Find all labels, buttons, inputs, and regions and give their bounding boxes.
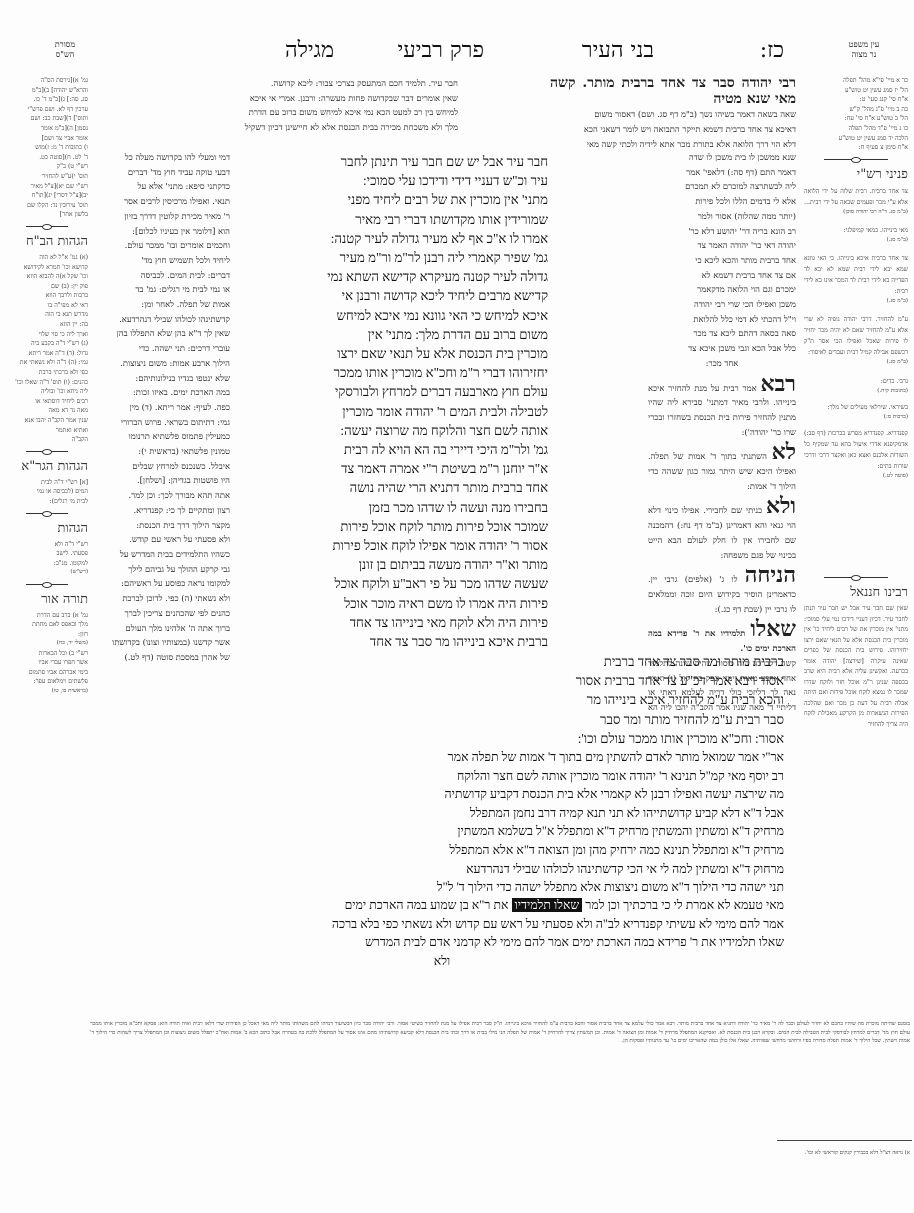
rashi-line: במה הארכת ימים. באיזו זכות: — [92, 385, 230, 400]
gemara-line: שעשה שדהו מכר על פי ראב"ע ולוקח אוכל — [236, 574, 548, 593]
rashi-line: רצון ומתקיים לך כי: קפנדריא. — [92, 503, 230, 518]
pninei-rashi-block: צד אחד ברבית. רבית שלוה על ידי הלואה אלא… — [804, 186, 908, 481]
tosafot-entry-raba: רבא אמר רבית על מנת להחזיר איכא בינייהו.… — [648, 373, 796, 440]
ein-mishpat-entry: כד א מיי' פי"א מהל' תפלה — [804, 76, 908, 86]
gemara-line: מרחיק ד"א ומתפלל תנינא כמה ירחיק מהן ומן… — [236, 841, 784, 860]
torah-or-entry: רש"י ב) וכל הבארות — [6, 649, 88, 659]
tosafot-entry-la: לא השתנתי בתוך ד' אמות של תפלה. ואפילו ה… — [648, 441, 796, 493]
masoret-entry: יב)[צ"ל דסרי] יג)[תו"ח — [6, 191, 88, 201]
tosafot-line: שנא ממשכן לו בית משכן לו שדה — [648, 150, 796, 165]
lead-word: רבא — [760, 371, 796, 397]
tosafot-entry-shaalu: שאלו תלמידיו את ר' פרידא במה הארכת ימים … — [648, 618, 796, 655]
gemara-line: והכא רבית ע"מ להחזיר איכא בינייהו מר — [472, 690, 784, 709]
gemara-line: משום ברוב עם הדרת מלך: מתני' אין — [236, 325, 548, 344]
tractate-name: מגילה — [285, 38, 334, 68]
rashi-line: תנאי. ואפילו מרכיסין לרבים אסר — [92, 194, 230, 209]
gemara-line: אסור: וחכ"א מוכרין אותו ממכר עולם וכו': — [472, 729, 784, 748]
bach-entry: (א) גמ' א"ל לא הוה — [6, 253, 88, 263]
source-ref: (ב"מ סג.) — [804, 358, 908, 367]
rashi-line: קדשתינהו לכולהו שבילי דנהרדעא. — [92, 312, 230, 327]
masoret-entry: תוס' עירובין נד: הקלו שם — [6, 201, 88, 211]
rashi-line: ולא פסעתי על ראשי עם קודש. — [92, 532, 230, 547]
tosafot-line: שאה בשאה דאמר בשיהו נשך (ב"מ דף סג. ושם)… — [550, 107, 796, 122]
rashi-line: ליחיד ולכל תשמיש חוץ מד' — [92, 253, 230, 268]
lead-word: לא — [772, 439, 796, 465]
rabbeinu-chananel-title: רבינו חננאל — [804, 584, 908, 602]
source-ref: (ב"מ סג. ד"ה רבי יהודה סוכן) — [804, 208, 908, 217]
rashi-line: למקומו נראה כפוסע על ראשיהם: — [92, 576, 230, 591]
gemara-line: מוכרין בית הכנסת אלא על תנאי שאם ירצו — [236, 344, 548, 363]
rashi-line: ר' מאיר מכירת קלוטין דדרך בזיון — [92, 209, 230, 224]
tosafot-column: שנא ממשכן לו בית משכן לו שדה דאמר התם (ד… — [648, 150, 796, 710]
tosafot-line: ליה לכשתרצה למוכרם לא תמכרם — [648, 179, 796, 194]
rashi-line: אמות של תפלה. לאחר ומן: — [92, 297, 230, 312]
hagahot-entry: למקומו. מג"ב: — [6, 559, 88, 569]
tosafot-line: דאמר התם (דף סה:) דלאפי' אמר — [648, 165, 796, 180]
bach-entry: רבים ליחיד דוסתאי או — [6, 397, 88, 407]
pninei-rashi-entry: צד אחד ברבית איכא בינייהו. כי האי גוונא … — [804, 253, 908, 297]
gemara-line: ולא — [100, 952, 784, 971]
gemara-line: חבר עיר אבל יש שם חבר עיר תינתן לחבר — [236, 152, 548, 171]
ornament-divider — [26, 451, 68, 452]
bach-entry: פוק יין: (ב) שם — [6, 282, 88, 292]
rashi-top: חבר עיר. תלמיד חכם המתעסק בצרכי צבור: לי… — [92, 76, 458, 153]
rashi-line: גבי קרקע ההולך על גביהם לילך — [92, 562, 230, 577]
gemara-line: שמורידין אותו מקדושתו דברי רבי מאיר — [236, 210, 548, 229]
perek-title: פרק רביעי — [398, 38, 485, 68]
rashi-line: ברוך אתה ה' אלהינו מלך העולם — [92, 621, 230, 636]
source-ref: (ברכות ס:) — [804, 413, 908, 422]
masoret-entry: בלשון אחר] — [6, 210, 88, 220]
pninei-rashi-title: פניני רש"י — [804, 166, 908, 184]
ein-mishpat-title: עין משפט נר מצוה — [824, 40, 904, 60]
gemara-line-highlighted: מאי טעמא לא אמרת לי כי ברכתיך וכן למר שא… — [100, 896, 784, 915]
tosafot-line: רב הונא בריה דר' יהושע דלא כר' — [648, 224, 796, 239]
gemara-line: לטבילה ולבית המים ר' יהודה אומר מוכרין — [236, 402, 548, 421]
bach-entry: בה: יין הוזא — [6, 320, 88, 330]
bach-entry: קדושא וכו' חמרא לקידושא — [6, 263, 88, 273]
rashi-line: כפה. לעיף: אמר ריתא. (ד) מין — [92, 400, 230, 415]
gemara-line: אותה לשם חצר והלוקח מה שרוצה יעשה: — [236, 421, 548, 440]
bach-entry: ליה ניחא וכו' ובוליה — [6, 387, 88, 397]
torah-or-entry: רזון: — [6, 630, 88, 640]
rashi-line: כהנים לפי שהכהנים צריכין לברך — [92, 606, 230, 621]
tosafot-line: אלא לי בדמים הללו ולכל פירות — [648, 194, 796, 209]
tosafot-entry-vela: ולא כניתי שם לחבירי. אפילו כינוי דלא הוי… — [648, 495, 796, 562]
hagahot-habach-title: הגהות הב"ח — [6, 233, 88, 251]
torah-or-entry: גמ' א) ברב עם הדרת — [6, 611, 88, 621]
rashi-line: שלא ינטפו בגדיו בנילונותיהם: — [92, 371, 230, 386]
ein-mishpat-block: כד א מיי' פי"א מהל' תפלה הל' יז סמג עשין… — [804, 76, 908, 153]
gemara-line: א"ר יוחנן ר"מ בשיטת ר"י אמרה דאמר צד — [236, 459, 548, 478]
hagahot-entry: רש"י ד"ה ולא — [6, 540, 88, 550]
tosafot-line: כלל אבל הכא וגבי משכן איכא צד — [648, 341, 796, 356]
lead-word: ולא — [766, 493, 796, 519]
ein-mishpat-entry: כה ב מיי' פ"ג מהל' ק"ש — [804, 105, 908, 115]
rashi-line: שאין אומרים דבר שבקדושה פחות מעשרה: ורבנ… — [92, 91, 458, 106]
torah-or-block: גמ' א) ברב עם הדרת מלך ובאפס לאם מחתת רז… — [6, 611, 88, 697]
bach-entry: דאי לא מפי"ה בו — [6, 301, 88, 311]
masoret-entry: ערכין דף לא. ושם פרש"י — [6, 105, 88, 115]
torah-or-entry: אשר חפרו עבדי אביו — [6, 658, 88, 668]
bach-entry: גמי: (ה) ד"ה ולא נשאתי את — [6, 358, 88, 368]
gemara-line: יחזירוהו דברי ר"מ וחכ"א מוכרין אותו ממכר — [236, 363, 548, 382]
ornament-divider — [824, 159, 888, 160]
rashi-line: דבעי טוקה עביד חוץ מד' דברים — [92, 165, 230, 180]
tosafot-line: וי"ל דהכתי לא דמי כלל להלואת — [648, 312, 796, 327]
source-ref: (ב"מ סג.) — [804, 297, 908, 306]
ein-mishpat-entry: הל' יז סמג עשין יט טוש"ע — [804, 86, 908, 96]
rashi-line: וחכמים אומרים ובו' ממכר עולם. — [92, 238, 230, 253]
gemara-text: את ר"א בן שמוע במה הארכת ימים — [345, 898, 509, 912]
tosafot-line: אחד מכר: — [648, 356, 796, 371]
tosafot-line: רבי יהודה סבר צד אחד ברבית מותר. קשה מאי… — [550, 76, 796, 107]
rabbeinu-chananel-text: שאין שם חבר עיר אבל יש חבר עיר תנתן לחבר… — [804, 604, 908, 730]
footnotes: בזמנם שהיתה מוכרת מה שיהיו בחכם לא יחזיר… — [90, 1020, 910, 1046]
gemara-line: קדישא מרבים ליחיד ליכא קדושה ורבנן אי — [236, 286, 548, 305]
gemara-line: מתני' אין מוכרין את של רבים ליחיד מפני — [236, 190, 548, 209]
gemara-line: אסור רבא אמר דכ"ע צד אחד ברבית אסור — [472, 671, 784, 690]
rashi-line: או נמי לבית מי רגלים: גמ' בד — [92, 282, 230, 297]
gemara-line: איכא למיחש כי האי גוונא נמי איכא למיחש — [236, 306, 548, 325]
ein-mishpat-entry: א"ח סימן צ סעיף ח: — [804, 143, 908, 153]
torah-or-entry: בימי אברהם אביו סתמום — [6, 668, 88, 678]
masoret-entry: גמ' א)[גירסת הס"ה — [6, 76, 88, 86]
masoret-entry: נסמן] ה)[ב"מ אומר — [6, 124, 88, 134]
lead-word: שאלו — [750, 616, 796, 642]
gemara-line: עיר וכ"ש דעניי דידי ודידכו עלי סמוכי: — [236, 171, 548, 190]
ein-mishpat-entry: כו ג מיי' פ"ד מהל' תפלה — [804, 124, 908, 134]
gemara-line: פירות היה אמרו לו משם ראיה מוכר אוכל — [236, 594, 548, 613]
bach-entry: הקב"ה — [6, 435, 88, 445]
tosafot-line: משכן ואפילו הכי שרי רבי יהודה — [648, 297, 796, 312]
gra-entry: המים (לכביסה או נמי — [6, 487, 88, 497]
masoret-header: מסורת הש"ס — [30, 40, 100, 70]
gemara-full-width: מאי טעמא לא אמרת לי כי ברכתיך וכן למר שא… — [100, 896, 784, 1016]
source-ref: (סוטה לט.) — [804, 472, 908, 481]
tosafot-line: דאיכא צד אחד ברבית דשמא תייקר התבואה ויש… — [550, 122, 796, 137]
tosafot-line: ימכרם וגם הוי הלואה מדקאמר — [648, 282, 796, 297]
gemara-line: ברבית מותר ומר סבר צד אחד ברבית — [472, 652, 784, 671]
hagahot-entry: פסעתי. לישב — [6, 549, 88, 559]
masoret-entry: אומר אביי צד ושם] — [6, 134, 88, 144]
tosafot-line: יהודה דאי כר' יהודה האמר צד — [648, 238, 796, 253]
lead-word: הניחה — [745, 562, 796, 588]
tosafot-line: אחד ברבית מותר והכא ליכא כי — [648, 253, 796, 268]
tosafot-top: רבי יהודה סבר צד אחד ברבית מותר. קשה מאי… — [550, 76, 796, 153]
masoret-entry: רש"י ט) ב"ק — [6, 162, 88, 172]
gemara-line: עולם חוץ מארבעה דברים למרחץ ולבורסקי — [236, 382, 548, 401]
masoret-entry: ו) כתובות ד' מ: ז)מוש — [6, 143, 88, 153]
masoret-entry: ותוס'] ד)[שבת כב: ושם — [6, 114, 88, 124]
source-ref: (רש"ש) — [6, 568, 88, 577]
masoret-entry: סג. סה:] ג)[ב"מ ד' כו. — [6, 95, 88, 105]
gemara-line: אבל ד"א דלא קביע קדושתייהו לא תני תנא קמ… — [236, 804, 784, 823]
pninei-rashi-entry: בשיראי. שירלאי מעילים של מלך: — [804, 402, 908, 413]
masoret-entry: תוס' י)ע"ש להחזיר — [6, 172, 88, 182]
rashi-line: אשר קדשנו (במצותיו וצונו) בקדושתו — [92, 635, 230, 650]
tosafot-line: אם צד אחד ברבית דשמא לא — [648, 268, 796, 283]
bach-entry: גדול: (ד) ד"ה אמר ריתא — [6, 349, 88, 359]
gemara-line: ברבית איכא בינייהו מר סבר צד אחד — [236, 632, 548, 651]
highlighted-phrase[interactable]: שאלו תלמידיו — [512, 898, 583, 912]
gemara-line: מרחוק ד"א ומשתין למה לי אי הכי קדשתינהו … — [236, 860, 784, 879]
bach-entry: כהנים: (ו) תוס' ד"ה שאלו וכו' — [6, 378, 88, 388]
hagahot-hagra-block: [א] רש"י ד"ה לבית המים (לכביסה או נמי לב… — [6, 478, 88, 507]
rashi-line: מלך ולא משכחת מכירה בבית הכנסת אלא לא חי… — [92, 120, 458, 135]
torah-or-title: תורה אור — [6, 591, 88, 609]
gemara-line: מה שירצה יעשה ואפילו רבנן לא קאמרי אלא ב… — [236, 785, 784, 804]
gemara-line: אחד ברבית מותר דתניא הרי שהיה נושה — [236, 478, 548, 497]
rashi-line: הילוך ארבע אמות: משום ניצוצות. — [92, 356, 230, 371]
bach-entry: וארך ליה כי סוי שלוי — [6, 330, 88, 340]
gemara-line: אר"י אמר שמואל מותר לאדם להשתין מים בתוך… — [236, 748, 784, 767]
gemara-line: אמר להם מימי לא עשיתי קפנדריא לב"ה ולא פ… — [100, 915, 784, 934]
masoret-hashas-block: גמ' א)[גירסת הס"ה והרא"ש יהודה] ב)[ב"מ ס… — [6, 76, 88, 220]
gemara-line: מותר וא"ר יהודה מעשה בביתום בן זונן — [236, 555, 548, 574]
gemara-line: גמ' ולר"מ היכי דיירי בה הא הויא לה רבית — [236, 440, 548, 459]
ornament-divider — [26, 584, 68, 585]
rashi-line: כדקתני סיפא: מתני' אלא על — [92, 179, 230, 194]
ein-mishpat-entry: הלכה יד סמג עשין יט טוש"ע — [804, 134, 908, 144]
rashi-line: טמונין פלשתאי (בראשית י): — [92, 444, 230, 459]
source-ref: (בראשית כו, טו) — [6, 687, 88, 696]
bach-entry: ברבות ולרבך הוזא — [6, 291, 88, 301]
bach-entry: מדרש תגא בי הוה — [6, 310, 88, 320]
rashi-column: דמי ומעלי להו בקדושה מעלה כל דבעי טוקה ע… — [92, 150, 230, 680]
ornament-divider — [26, 513, 68, 514]
rashi-line: למיחש בין רב למעט הכא נמי איכא למיחש משו… — [92, 105, 458, 120]
bach-entry: מאה נד דא מאה — [6, 406, 88, 416]
gemara-line: גמ' שפיר קאמרי ליה רבנן לר"מ ור"מ מעיר — [236, 248, 548, 267]
pninei-rashi-entry: גרבי. כדים: — [804, 376, 908, 387]
source-ref: (ב"מ סג.) — [804, 236, 908, 245]
masoret-entry: ד' לט. ח)[סוטה כט. — [6, 153, 88, 163]
rashi-line: של אהרן במסכת סוטה (דף לט.) — [92, 650, 230, 665]
chapter-name: בני העיר — [582, 38, 654, 68]
pninei-rashi-entry: צד אחד ברבית. רבית שלוה על ידי הלואה אלא… — [804, 186, 908, 208]
rashi-line: עוברי דרכים: תני ישהה. כדי — [92, 341, 230, 356]
gemara-line: פירות היה ולא לוקח מאי בינייהו צד אחד — [236, 613, 548, 632]
rashi-line: שאין לך ד"א בהן שלא התפללו בהן — [92, 326, 230, 341]
ein-mishpat-header: עין משפט נר מצוה — [824, 40, 904, 70]
tosafot-entry-heniha: הניחה לו ג' (אלפים) גרבי יין. כדאמרינן ה… — [648, 564, 796, 616]
gemara-column: חבר עיר אבל יש שם חבר עיר תינתן לחבר עיר… — [236, 152, 548, 652]
hagahot-title: הגהות — [6, 520, 88, 538]
gemara-line: סבר רבית ע"מ להחזיר מותר ומר סבר — [472, 710, 784, 729]
ornament-divider — [26, 226, 68, 227]
pninei-rashi-entry: ע"מ להחזיר. דרבי יהודה גופיה לא שרי אלא … — [804, 314, 908, 358]
rashi-line: ולא נשאתי (ה) כפי. לדוכן לברכת — [92, 591, 230, 606]
rashi-line: היו פושטות בגדיהן: [ושלחן]. — [92, 473, 230, 488]
bach-entry: כפי ולא ברכתי ברבת — [6, 368, 88, 378]
hagahot-block: רש"י ד"ה ולא פסעתי. לישב למקומו. מג"ב: (… — [6, 540, 88, 578]
rashi-line: כמעילין פתמוס פלשתיא תרנומו — [92, 429, 230, 444]
footnote-divider — [777, 1140, 912, 1141]
gemara-line: גדולה לעיר קטנה מעיקרא קדישא השתא נמי — [236, 267, 548, 286]
gemara-line: מרחיק ד"א ומשתין והמשתין מרחיק ד"א ומתפל… — [236, 822, 784, 841]
source-ref: (משלי יד, כח) — [6, 639, 88, 648]
footnote-last: א) נראה דצ"ל דלא בכבירין קנקים קוראשי לא… — [600, 1150, 910, 1156]
masoret-title: מסורת הש"ס — [30, 40, 100, 60]
rashi-line: אתה תהא מבורך לכך: וכן למר. — [92, 488, 230, 503]
left-margin: גמ' א)[גירסת הס"ה והרא"ש יהודה] ב)[ב"מ ס… — [6, 76, 88, 996]
gemara-line: אסור ר' יהודה אומר אפילו לוקח אוכל פירות — [236, 536, 548, 555]
bach-entry: שנין אמר הקב"ה יהבו אנא — [6, 416, 88, 426]
rashi-line: גמי: דתיתום בשראי. פרוש הברורי — [92, 415, 230, 430]
bach-entry: ואתיא ואתמר — [6, 426, 88, 436]
tosafot-dibbur: רבי יהודה סבר צד אחד ברבית מותר. קשה מאי… — [550, 76, 796, 107]
source-ref: (כתובות קיח.) — [804, 387, 908, 396]
torah-or-entry: מלך ובאפס לאם מחתת — [6, 620, 88, 630]
gemara-line: אמרו לו א"כ אף לא מעיר גדולה לעיר קטנה: — [236, 229, 548, 248]
rashi-line: איבלל. כשנכנס למרחץ שבלים — [92, 459, 230, 474]
rashi-line: דמי ומעלי להו בקדושה מעלה כל — [92, 150, 230, 165]
gemara-line: רב יוסף מאי קמ"ל תנינא ר' יהודה אומר מוכ… — [236, 767, 784, 786]
bach-entry: (ג) רש"י ד"ה בקבע ביה — [6, 339, 88, 349]
rashi-line: חבר עיר. תלמיד חכם המתעסק בצרכי צבור: לי… — [92, 76, 458, 91]
rashi-line: הוא [דלומר אין בעיניו לכלום]: — [92, 224, 230, 239]
rashi-line: דברים: לבית המים. לכביסה — [92, 268, 230, 283]
tosafot-line: סאה בסאה דהתם ליכא צד מכר — [648, 326, 796, 341]
gemara-text: מאי טעמא לא אמרת לי כי ברכתיך וכן למר — [585, 898, 784, 912]
ein-mishpat-entry: הל' ב טוש"ע א"ח סי' עח: — [804, 114, 908, 124]
gemara-line: בחבירו מנה ועשה לו שדהו מכר בזמן — [236, 498, 548, 517]
bach-entry: וכו' שקל א)ה להבוא הוזא — [6, 272, 88, 282]
pninei-rashi-entry: קפנדריא. קפנדריא מפרש בברכות (דף סב:) אד… — [804, 428, 908, 472]
gra-entry: לבית מי רגלים): — [6, 497, 88, 507]
pninei-rashi-entry: מאי בינייהו. כמאי קמיפלגי: — [804, 225, 908, 236]
gra-entry: [א] רש"י ד"ה לבית — [6, 478, 88, 488]
rashi-line: מקצר הילוך דרך בית הכנסת: — [92, 518, 230, 533]
tosafot-line: (יותר ממה שהלוה) אסור ולמר — [648, 209, 796, 224]
hagahot-hagra-title: הגהות הגר"א — [6, 458, 88, 476]
rashi-line: כשהיו התלמידים בבית המדרש על — [92, 547, 230, 562]
torah-or-entry: פלשתים וימלאום עפר: — [6, 677, 88, 687]
gemara-line: שאלו תלמידיו את ר' פרידא במה הארכת ימים … — [100, 933, 784, 952]
masoret-entry: רש"י שם יא)[צ"ל מאיר — [6, 182, 88, 192]
gemara-line: שמוכר אוכל פירות מותר לוקח אוכל פירות — [236, 517, 548, 536]
ornament-divider — [824, 577, 888, 578]
masoret-entry: והרא"ש יהודה] ב)[ב"מ — [6, 86, 88, 96]
ein-mishpat-entry: א"ח סי' קנג סעי' ט: — [804, 95, 908, 105]
right-margin: כד א מיי' פי"א מהל' תפלה הל' יז סמג עשין… — [804, 76, 908, 1076]
daf-number: כז: — [760, 38, 784, 68]
hagahot-habach-block: (א) גמ' א"ל לא הוה קדושא וכו' חמרא לקידו… — [6, 253, 88, 445]
gemara-line: תני ישהה כדי הילוך ד"א משום ניצוצות אלא … — [236, 878, 784, 897]
